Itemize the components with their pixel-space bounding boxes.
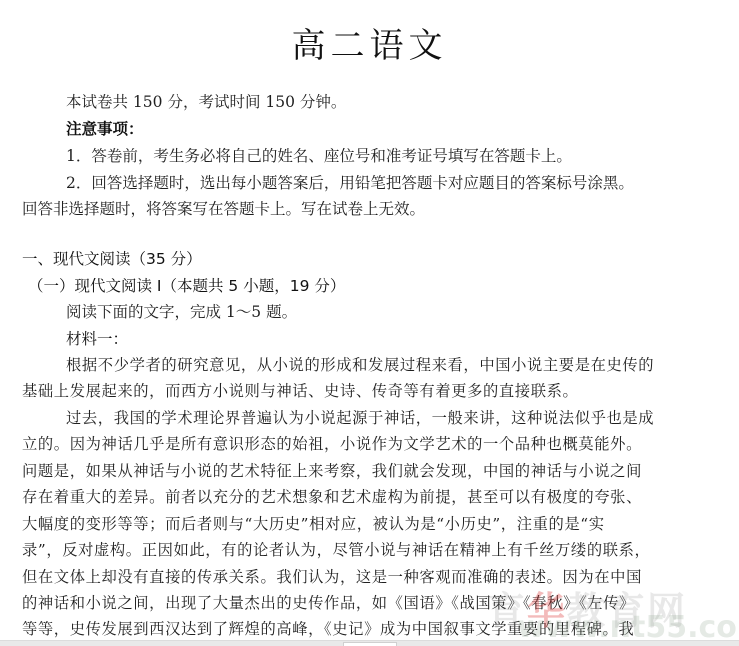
passage-line: 录”，反对虚构。正因如此，有的论者认为，尽管小说与神话在精神上有千丝万缕的联系，	[22, 540, 650, 560]
page-tab[interactable]	[343, 642, 397, 646]
passage-line: 根据不少学者的研究意见，从小说的形成和发展过程来看，中国小说主要是在史传的	[66, 355, 654, 375]
document-page: 高二语文 本试卷共 150 分，考试时间 150 分钟。 注意事项： 1．答卷前…	[0, 0, 739, 640]
notice-heading: 注意事项：	[66, 119, 144, 139]
passage-line: 大幅度的变形等等；而后者则与“大历史”相对应，被认为是“小历史”，注重的是“实	[22, 514, 605, 534]
passage-line: 存在着重大的差异。前者以充分的艺术想象和艺术虚构为前提，甚至可以有极度的夸张、	[22, 487, 642, 507]
section-heading: 一、现代文阅读（35 分）	[22, 249, 202, 269]
notice-item-2-continued: 回答非选择题时，将答案写在答题卡上。写在试卷上无效。	[22, 199, 425, 219]
notice-item-1: 1．答卷前，考生务必将自己的姓名、座位号和准考证号填写在答题卡上。	[66, 146, 572, 166]
material-label: 材料一：	[66, 329, 128, 349]
passage-line: 基础上发展起来的，而西方小说则与神话、史诗、传奇等有着更多的直接联系。	[22, 381, 578, 401]
passage-line: 等等，史传发展到西汉达到了辉煌的高峰，《史记》成为中国叙事文学重要的里程碑。我	[22, 619, 634, 639]
passage-line: 问题是，如果从神话与小说的艺术特征上来考察，我们就会发现，中国的神话与小说之间	[22, 461, 642, 481]
reading-instruction: 阅读下面的文字，完成 1～5 题。	[66, 302, 297, 322]
page-title: 高二语文	[0, 26, 739, 66]
subsection-heading: （一）现代文阅读 I（本题共 5 小题，19 分）	[28, 276, 345, 296]
bottom-toolbar	[0, 640, 739, 646]
exam-intro: 本试卷共 150 分，考试时间 150 分钟。	[66, 92, 346, 112]
notice-item-2: 2．回答选择题时，选出每小题答案后，用铅笔把答题卡对应题目的答案标号涂黑。	[66, 173, 634, 193]
passage-line: 过去，我国的学术理论界普遍认为小说起源于神话，一般来讲，这种说法似乎也是成	[66, 408, 654, 428]
passage-line: 的神话和小说之间，出现了大量杰出的史传作品，如《国语》《战国策》《春秋》《左传》	[22, 593, 635, 613]
passage-line: 立的。因为神话几乎是所有意识形态的始祖，小说作为文学艺术的一个品种也概莫能外。	[22, 434, 642, 454]
passage-line: 但在文体上却没有直接的传承关系。我们认为，这是一种客观而准确的表述。因为在中国	[22, 567, 642, 587]
